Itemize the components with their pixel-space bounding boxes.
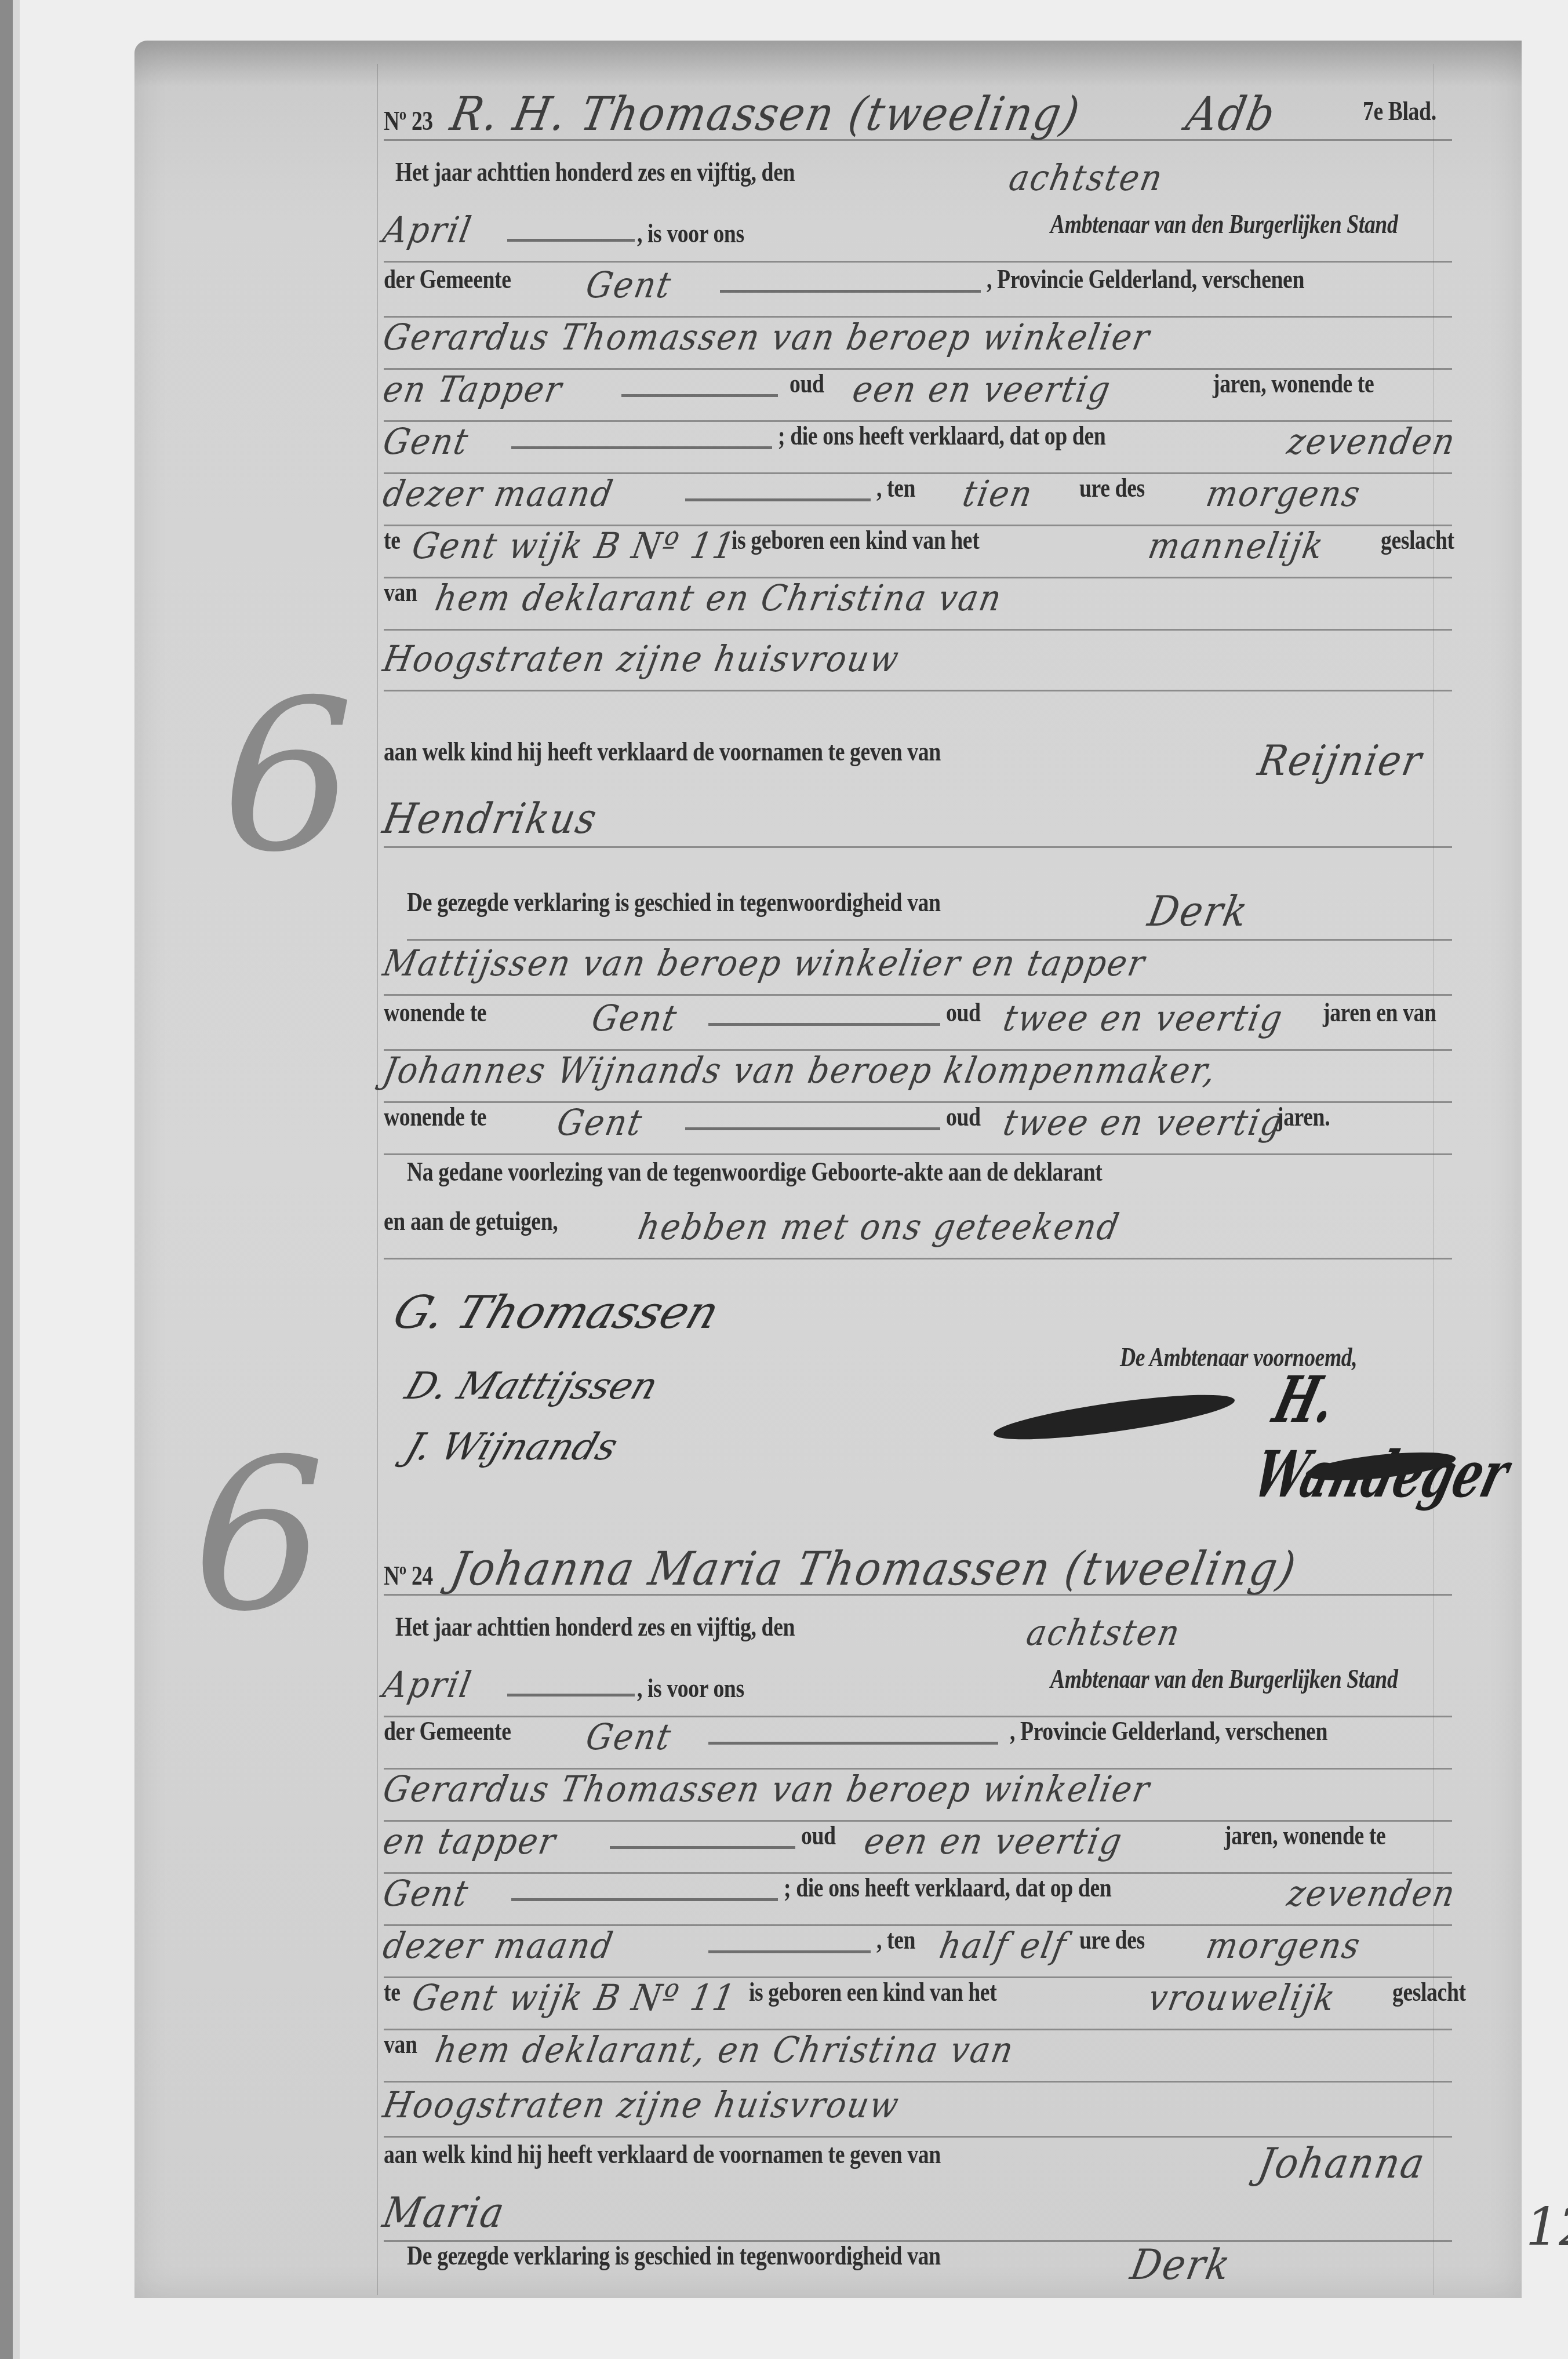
signature-witness1: D. Mattijssen (400, 1365, 663, 1408)
margin-rule (377, 64, 378, 2295)
record-header: Nº 23 R. H. Thomassen (tweeling) Adb 7e … (384, 87, 1452, 141)
handwritten-birth-day: zevenden (1284, 1872, 1460, 1914)
print-text: aan welk kind hij heeft verklaard de voo… (384, 2139, 941, 2169)
print-text: oud (801, 1820, 836, 1851)
print-text: jaren, wonende te (1224, 1820, 1385, 1851)
handwritten-mother: hem deklarant, en Christina van (432, 2029, 1018, 2071)
handwritten-declarant: Gerardus Thomassen van beroep winkelier (380, 1768, 1154, 1810)
print-text: , Provincie Gelderland, verschenen (1010, 1716, 1327, 1746)
handwritten-witness1: Mattijssen van beroep winkelier en tappe… (380, 942, 1149, 984)
handwritten-month: April (380, 1663, 476, 1706)
handwritten-month: April (380, 209, 476, 251)
print-text: aan welk kind hij heeft verklaard de voo… (384, 736, 941, 767)
print-text: jaren, wonende te (1213, 368, 1374, 399)
handwritten-day: achtsten (1006, 156, 1167, 199)
handwritten-birth-day: zevenden (1284, 420, 1460, 463)
record-annotation: Adb (1182, 87, 1280, 141)
print-text-italic: Ambtenaar van den Burgerlijken Stand (1050, 209, 1398, 239)
print-text: ure des (1079, 472, 1145, 503)
handwritten-time-of-day: morgens (1203, 1924, 1365, 1967)
margin-mark-1: 6 (221, 655, 354, 898)
handwritten-given-name: Johanna (1254, 2139, 1429, 2187)
print-text: Het jaar achttien honderd zes en vijftig… (395, 1611, 795, 1642)
handwritten-municipality: Gent (583, 264, 676, 306)
margin-mark-2: 6 (192, 1414, 325, 1657)
print-text: te (384, 1976, 400, 2007)
print-text: wonende te (384, 997, 486, 1028)
record-name: R. H. Thomassen (tweeling) (447, 87, 1086, 141)
handwritten-text: dezer maand (380, 472, 617, 515)
handwritten-time-of-day: morgens (1203, 472, 1365, 515)
handwritten-age: twee en veertig (1000, 1101, 1287, 1144)
record-name: Johanna Maria Thomassen (tweeling) (447, 1542, 1302, 1596)
page-number: 12 (1526, 2197, 1568, 2258)
print-text: ; die ons heeft verklaard, dat op den (778, 420, 1105, 451)
handwritten-witness1: Mattijssen van beroep winkelier en tappe… (1311, 2249, 1312, 2249)
register-page: 6 6 Nº 23 R. H. Thomassen (tweeling) Adb… (134, 41, 1522, 2298)
record-number: Nº 23 (384, 105, 433, 136)
handwritten-residence: Gent (380, 420, 473, 463)
print-text: , is voor ons (637, 218, 744, 249)
signature-official: H. Wandeger (1246, 1362, 1537, 1512)
handwritten-municipality: Gent (583, 1716, 676, 1758)
print-text: oud (946, 1101, 981, 1132)
handwritten-text: dezer maand (380, 1924, 617, 1967)
print-text: jaren. (1276, 1101, 1330, 1132)
print-text: is geboren een kind van het (732, 525, 979, 555)
handwritten-given-name-2: Maria (379, 2188, 510, 2237)
print-text: en aan de getuigen, (384, 1206, 558, 1236)
handwritten-occupation: en tapper (380, 1820, 561, 1862)
record-24-remaining: Mattijssen van beroep winkelier en tappe… (1311, 2249, 1312, 2249)
print-text: geslacht (1392, 1976, 1466, 2007)
folio-label: 7e Blad. (1363, 96, 1436, 126)
handwritten-mother-surname: Hoogstraten zijne huisvrouw (380, 2084, 904, 2126)
handwritten-residence: Gent (588, 997, 682, 1039)
print-text: oud (790, 368, 824, 399)
print-text: De gezegde verklaring is geschied in teg… (407, 887, 941, 918)
handwritten-witness1-first: Derk (1127, 2240, 1235, 2289)
print-text: van (384, 2029, 417, 2059)
page-shadow (134, 41, 1522, 87)
print-text: , ten (876, 472, 915, 503)
handwritten-mother-surname: Hoogstraten zijne huisvrouw (380, 638, 904, 680)
handwritten-residence: Gent (554, 1101, 647, 1144)
handwritten-age: een en veertig (861, 1820, 1126, 1862)
print-text: , is voor ons (637, 1673, 744, 1703)
print-text-italic: Ambtenaar van den Burgerlijken Stand (1050, 1663, 1398, 1694)
print-text: van (384, 577, 417, 607)
print-text: Na gedane voorlezing van de tegenwoordig… (407, 1156, 1102, 1187)
handwritten-mother: hem deklarant en Christina van (432, 577, 1006, 619)
handwritten-sex: vrouwelijk (1145, 1976, 1340, 2019)
handwritten-hour: half elf (936, 1924, 1071, 1967)
record-header: Nº 24 Johanna Maria Thomassen (tweeling) (384, 1542, 1452, 1596)
print-text: jaren en van (1323, 997, 1436, 1028)
handwritten-given-name-2: Hendrikus (379, 794, 602, 843)
handwritten-address: Gent wijk B Nº 11 (409, 525, 740, 567)
record-number: Nº 24 (384, 1560, 433, 1591)
signature-flourish (992, 1386, 1237, 1448)
print-text: oud (946, 997, 981, 1028)
print-text: te (384, 525, 400, 555)
handwritten-given-name: Reijnier (1254, 736, 1427, 785)
print-text: Het jaar achttien honderd zes en vijftig… (395, 156, 795, 187)
handwritten-address: Gent wijk B Nº 11 (409, 1976, 740, 2019)
handwritten-residence: Gent (380, 1872, 473, 1914)
print-text: wonende te (384, 1101, 486, 1132)
print-text: ; die ons heeft verklaard, dat op den (784, 1872, 1111, 1903)
signature-declarant: G. Thomassen (387, 1287, 726, 1339)
signature-witness2: J. Wijnands (400, 1426, 623, 1469)
print-text: is geboren een kind van het (749, 1976, 996, 2007)
print-text: , Provincie Gelderland, verschenen (987, 264, 1304, 294)
scanner-edge (0, 0, 13, 2359)
print-text: De gezegde verklaring is geschied in teg… (407, 2240, 941, 2271)
print-text: der Gemeente (384, 264, 511, 294)
handwritten-sex: mannelijk (1145, 525, 1328, 567)
print-text: der Gemeente (384, 1716, 511, 1746)
print-text: ure des (1079, 1924, 1145, 1955)
handwritten-hour: tien (959, 472, 1037, 515)
handwritten-witness2: Johannes Wijnands van beroep klompenmake… (380, 1049, 1221, 1091)
scanner-edge-light (13, 0, 20, 2359)
handwritten-occupation: en Tapper (380, 368, 566, 410)
handwritten-witness1-first: Derk (1144, 887, 1253, 935)
handwritten-day: achtsten (1023, 1611, 1184, 1654)
handwritten-closing: hebben met ons geteekend (635, 1206, 1124, 1248)
handwritten-age: twee en veertig (1000, 997, 1287, 1039)
handwritten-age: een en veertig (849, 368, 1115, 410)
handwritten-declarant: Gerardus Thomassen van beroep winkelier (380, 316, 1154, 358)
print-text: geslacht (1381, 525, 1454, 555)
print-text: , ten (876, 1924, 915, 1955)
